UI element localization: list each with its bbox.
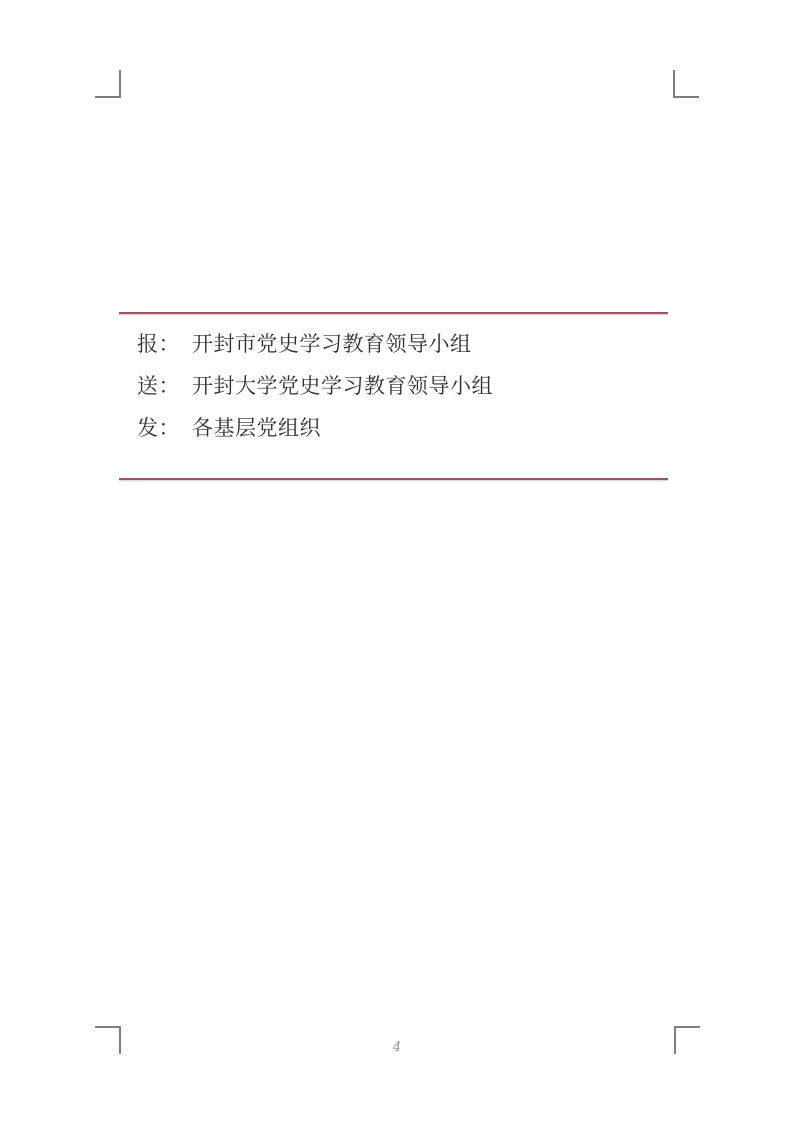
document-page: 报： 开封市党史学习教育领导小组 送： 开封大学党史学习教育领导小组 发： 各基… <box>0 0 794 1123</box>
distribution-row-label: 发： <box>137 417 180 439</box>
distribution-list: 报： 开封市党史学习教育领导小组 送： 开封大学党史学习教育领导小组 发： 各基… <box>137 333 493 439</box>
page-number: 4 <box>0 1040 794 1055</box>
crop-mark-top-left-icon <box>95 70 121 98</box>
distribution-row-text: 各基层党组织 <box>192 417 321 439</box>
crop-mark-top-right-icon <box>673 70 699 98</box>
distribution-rule-top <box>119 312 668 314</box>
distribution-rule-bottom <box>119 478 668 480</box>
distribution-row-text: 开封大学党史学习教育领导小组 <box>192 375 493 397</box>
distribution-row-send: 送： 开封大学党史学习教育领导小组 <box>137 375 493 397</box>
distribution-row-issue: 发： 各基层党组织 <box>137 417 493 439</box>
distribution-row-report: 报： 开封市党史学习教育领导小组 <box>137 333 493 355</box>
distribution-row-text: 开封市党史学习教育领导小组 <box>192 333 472 355</box>
distribution-row-label: 送： <box>137 375 180 397</box>
distribution-row-label: 报： <box>137 333 180 355</box>
